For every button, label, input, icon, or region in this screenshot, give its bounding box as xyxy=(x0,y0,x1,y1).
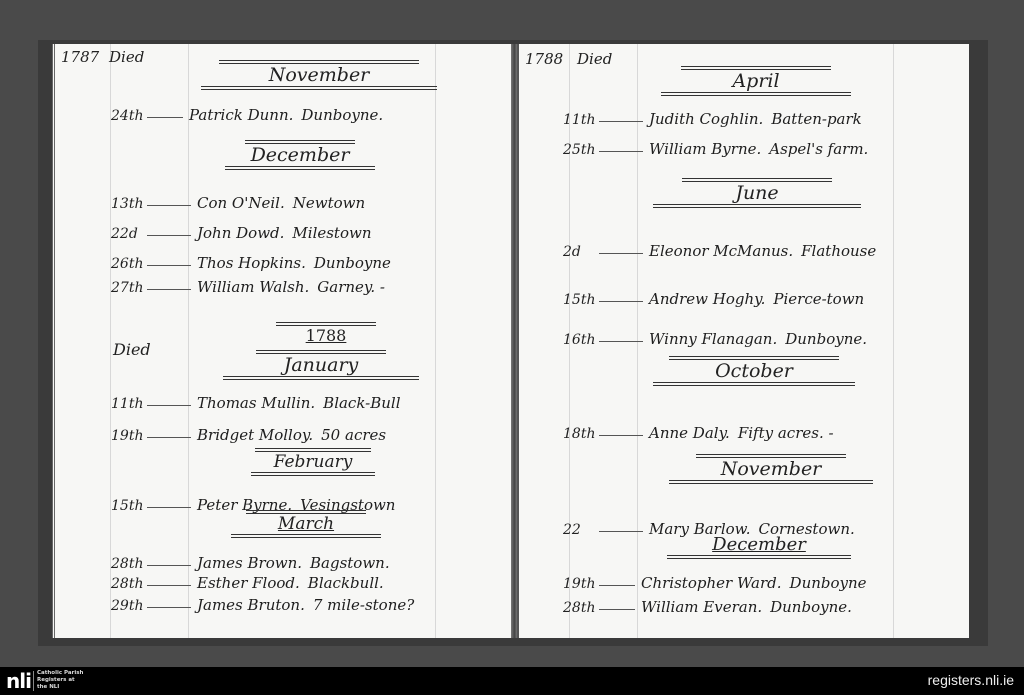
register-image-viewer[interactable]: 1787 Died November 24th Patrick Dunn. Du… xyxy=(0,0,1024,667)
register-entry: 13th Con O'Neil.Newtown xyxy=(111,190,365,212)
month-heading: December xyxy=(225,140,375,170)
month-heading: February xyxy=(251,448,375,476)
left-page: 1787 Died November 24th Patrick Dunn. Du… xyxy=(52,44,512,638)
month-heading: November xyxy=(201,60,437,90)
register-entry: 28th William Everan.Dunboyne. xyxy=(563,594,852,616)
page-year: 1788 xyxy=(525,50,563,68)
nli-logo[interactable]: nli xyxy=(6,670,31,692)
side-label: Died xyxy=(113,340,151,359)
register-entry: 16th Winny Flanagan.Dunboyne. xyxy=(563,326,867,348)
register-entry: 28th Esther Flood.Blackbull. xyxy=(111,570,384,592)
page-year: 1787 xyxy=(61,48,99,66)
register-entry: 28th James Brown.Bagstown. xyxy=(111,550,390,572)
page-header-label: Died xyxy=(109,48,144,66)
site-link[interactable]: registers.nli.ie xyxy=(928,672,1014,688)
register-entry: 27th William Walsh.Garney. - xyxy=(111,274,385,296)
month-heading: November xyxy=(669,454,873,484)
page-header-label: Died xyxy=(577,50,612,68)
month-heading: March xyxy=(231,510,381,538)
margin-rule xyxy=(110,44,111,638)
register-entry: 2d Eleonor McManus.Flathouse xyxy=(563,238,876,260)
month-heading: January xyxy=(223,350,419,380)
register-entry: 26th Thos Hopkins.Dunboyne xyxy=(111,250,391,272)
margin-rule xyxy=(188,44,189,638)
logo-divider xyxy=(33,671,34,691)
register-entry: 11th Judith Coghlin.Batten-park xyxy=(563,106,862,128)
logo-subtitle: Catholic Parish Registers at the NLI xyxy=(37,670,83,691)
register-entry: 19th Christopher Ward.Dunboyne xyxy=(563,570,867,592)
register-entry: 24th Patrick Dunn. Dunboyne. xyxy=(111,102,383,124)
register-entry: 22d John Dowd.Milestown xyxy=(111,220,372,242)
margin-rule xyxy=(435,44,436,638)
right-page: 1788 Died April 11th Judith Coghlin.Batt… xyxy=(517,44,969,638)
register-entry: 11th Thomas Mullin.Black-Bull xyxy=(111,390,401,412)
year-heading: 1788 xyxy=(251,322,401,345)
register-entry: 15th Andrew Hoghy.Pierce-town xyxy=(563,286,864,308)
register-entry: 25th William Byrne.Aspel's farm. xyxy=(563,136,868,158)
month-heading: October xyxy=(653,356,855,386)
month-heading: December xyxy=(667,534,851,559)
footer-bar: nli Catholic Parish Registers at the NLI… xyxy=(0,667,1024,695)
register-entry: 18th Anne Daly.Fifty acres. - xyxy=(563,420,834,442)
month-heading: June xyxy=(653,178,861,208)
register-entry: 19th Bridget Molloy.50 acres xyxy=(111,422,386,444)
margin-rule xyxy=(893,44,894,638)
month-heading: April xyxy=(661,66,851,96)
register-entry: 29th James Bruton.7 mile-stone? xyxy=(111,592,414,614)
